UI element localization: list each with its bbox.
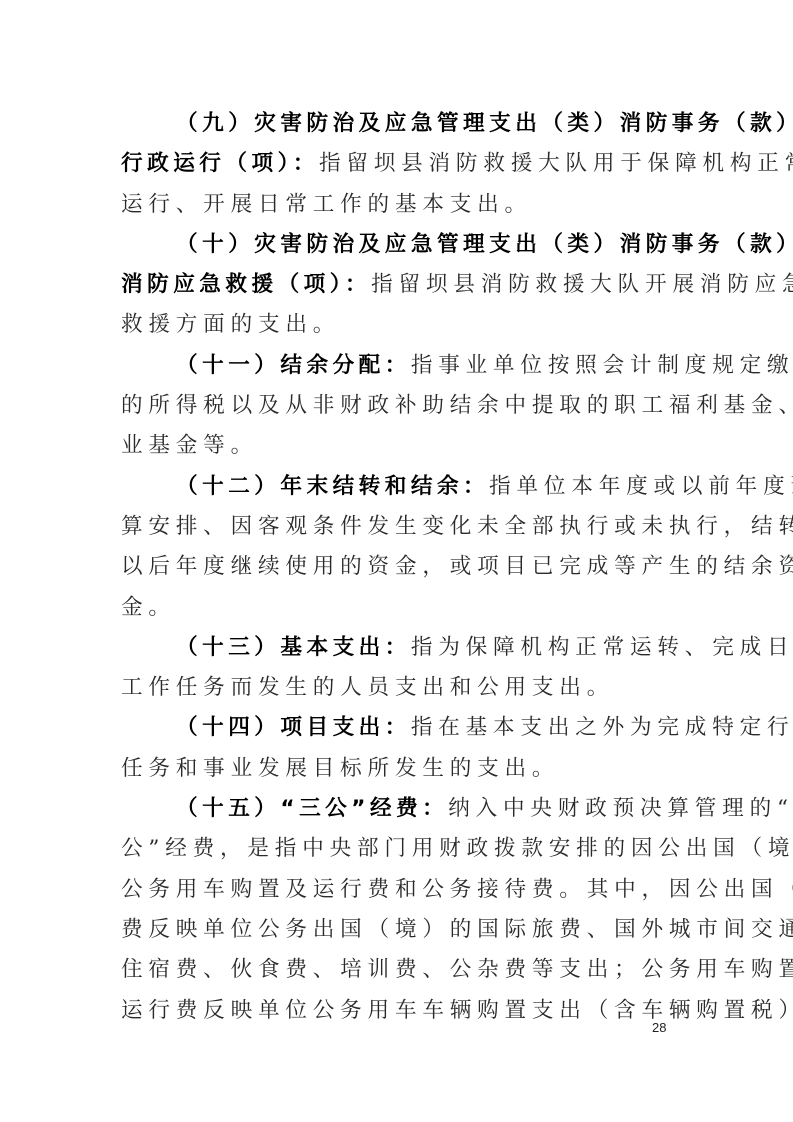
term-heading: （十三）基本支出：	[176, 635, 411, 660]
paragraph-item-10: （十）灾害防治及应急管理支出（类）消防事务（款） 消防应急救援（项）：指留坝县消…	[121, 225, 673, 346]
page-body: （九）灾害防治及应急管理支出（类）消防事务（款） 行政运行（项）：指留坝县消防救…	[121, 104, 673, 1031]
term-description: 纳入中央财政预决算管理的“三	[448, 796, 793, 821]
term-heading: （十五）“三公”经费：	[176, 796, 448, 821]
paragraph-item-14: （十四）项目支出：指在基本支出之外为完成特定行政 任务和事业发展目标所发生的支出…	[121, 708, 673, 789]
term-description: 指在基本支出之外为完成特定行政	[411, 715, 793, 740]
term-heading: 消防应急救援（项）：	[121, 272, 371, 297]
term-description: 指留坝县消防救援大队开展消防应急	[371, 272, 793, 297]
term-description: 金。	[121, 595, 176, 620]
term-description: 指事业单位按照会计制度规定缴纳	[411, 353, 793, 378]
paragraph-item-9: （九）灾害防治及应急管理支出（类）消防事务（款） 行政运行（项）：指留坝县消防救…	[121, 104, 673, 225]
term-description: 的所得税以及从非财政补助结余中提取的职工福利基金、事	[121, 393, 793, 418]
term-heading: （十四）项目支出：	[176, 715, 411, 740]
term-description: 工作任务而发生的人员支出和公用支出。	[121, 675, 614, 700]
term-heading: 行政运行（项）：	[121, 151, 319, 176]
paragraph-item-11: （十一）结余分配：指事业单位按照会计制度规定缴纳 的所得税以及从非财政补助结余中…	[121, 346, 673, 467]
term-description: 救援方面的支出。	[121, 312, 340, 337]
paragraph-item-13: （十三）基本支出：指为保障机构正常运转、完成日常 工作任务而发生的人员支出和公用…	[121, 628, 673, 709]
term-description: 任务和事业发展目标所发生的支出。	[121, 756, 559, 781]
term-description: 公”经费，是指中央部门用财政拨款安排的因公出国（境）费、	[121, 836, 793, 861]
term-heading: （九）灾害防治及应急管理支出（类）消防事务（款）	[176, 111, 793, 136]
term-description: 运行、开展日常工作的基本支出。	[121, 192, 532, 217]
document-page: （九）灾害防治及应急管理支出（类）消防事务（款） 行政运行（项）：指留坝县消防救…	[0, 0, 793, 1122]
term-heading: （十）灾害防治及应急管理支出（类）消防事务（款）	[176, 232, 793, 257]
page-number: 28	[652, 1020, 666, 1035]
paragraph-item-15: （十五）“三公”经费：纳入中央财政预决算管理的“三 公”经费，是指中央部门用财政…	[121, 789, 673, 1031]
term-description: 运行费反映单位公务用车车辆购置支出（含车辆购置税）及	[121, 998, 793, 1023]
term-description: 指为保障机构正常运转、完成日常	[411, 635, 793, 660]
term-description: 住宿费、伙食费、培训费、公杂费等支出；公务用车购置及	[121, 957, 793, 982]
term-description: 费反映单位公务出国（境）的国际旅费、国外城市间交通费、	[121, 917, 793, 942]
term-description: 指留坝县消防救援大队用于保障机构正常	[319, 151, 793, 176]
term-description: 以后年度继续使用的资金，或项目已完成等产生的结余资	[121, 554, 793, 579]
term-description: 算安排、因客观条件发生变化未全部执行或未执行，结转到	[121, 514, 793, 539]
term-description: 指单位本年度或以前年度预	[489, 474, 793, 499]
term-heading: （十二）年末结转和结余：	[176, 474, 489, 499]
term-heading: （十一）结余分配：	[176, 353, 411, 378]
paragraph-item-12: （十二）年末结转和结余：指单位本年度或以前年度预 算安排、因客观条件发生变化未全…	[121, 467, 673, 628]
term-description: 业基金等。	[121, 433, 258, 458]
term-description: 公务用车购置及运行费和公务接待费。其中，因公出国（境）	[121, 877, 793, 902]
